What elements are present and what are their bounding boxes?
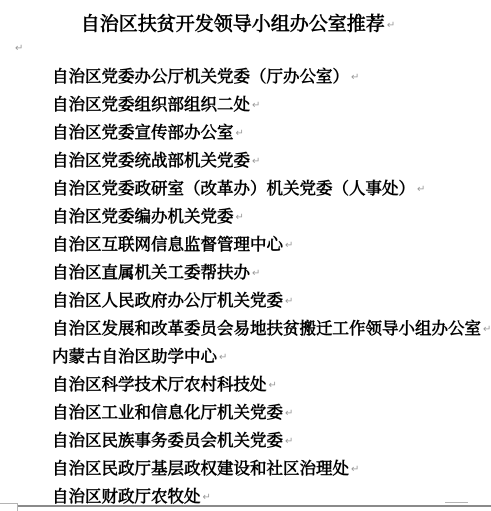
list-item[interactable]: 自治区党委组织部组织二处↵: [52, 91, 491, 119]
paragraph-mark-icon: ↵: [252, 100, 260, 111]
list-item-text[interactable]: 自治区党委宣传部办公室: [52, 124, 234, 142]
paragraph-mark-icon: ↵: [236, 212, 244, 223]
empty-paragraph[interactable]: ↵: [0, 36, 491, 61]
paragraph-mark-icon: ↵: [483, 324, 491, 335]
paragraph-mark-icon: ↵: [252, 156, 260, 167]
list-item[interactable]: 自治区人民政府办公厅机关党委↵: [52, 287, 491, 315]
list-item-text[interactable]: 自治区直属机关工委帮扶办: [52, 264, 250, 282]
paragraph-mark-icon: ↵: [203, 492, 211, 503]
page-bottom-dash: [445, 502, 468, 503]
list-item[interactable]: 自治区直属机关工委帮扶办↵: [52, 259, 491, 287]
list-item-text[interactable]: 自治区发展和改革委员会易地扶贫搬迁工作领导小组办公室: [52, 320, 481, 338]
paragraph-mark-icon: ↵: [269, 380, 277, 391]
list-item-text[interactable]: 自治区党委统战部机关党委: [52, 152, 250, 170]
list-item-text[interactable]: 自治区党委办公厅机关党委（厅办公室）: [52, 68, 349, 86]
paragraph-mark-icon: ↵: [219, 352, 227, 363]
list-item[interactable]: 自治区党委政研室（改革办）机关党委（人事处）↵: [52, 175, 491, 203]
document-body: 自治区党委办公厅机关党委（厅办公室）↵自治区党委组织部组织二处↵自治区党委宣传部…: [0, 61, 491, 511]
document-title-line[interactable]: 自治区扶贫开发领导小组办公室推荐↵: [0, 0, 491, 36]
list-item[interactable]: 自治区发展和改革委员会易地扶贫搬迁工作领导小组办公室↵: [52, 315, 491, 343]
list-item-text[interactable]: 自治区人民政府办公厅机关党委: [52, 292, 283, 310]
list-item[interactable]: 自治区党委宣传部办公室↵: [52, 119, 491, 147]
paragraph-mark-icon: ↵: [285, 408, 293, 419]
list-item-text[interactable]: 自治区财政厅农牧处: [52, 488, 201, 506]
paragraph-mark-icon: ↵: [236, 128, 244, 139]
list-item-text[interactable]: 自治区党委组织部组织二处: [52, 96, 250, 114]
list-item[interactable]: 自治区民族事务委员会机关党委↵: [52, 427, 491, 455]
list-item[interactable]: 自治区工业和信息化厅机关党委↵: [52, 399, 491, 427]
paragraph-mark-icon: ↵: [387, 20, 395, 31]
document-title[interactable]: 自治区扶贫开发领导小组办公室推荐: [81, 14, 385, 35]
paragraph-mark-icon: ↵: [417, 184, 425, 195]
paragraph-mark-icon: ↵: [252, 268, 260, 279]
list-item-text[interactable]: 内蒙古自治区助学中心: [52, 348, 217, 366]
list-item[interactable]: 自治区党委编办机关党委↵: [52, 203, 491, 231]
page-bottom-edge: [0, 505, 491, 507]
list-item-text[interactable]: 自治区民族事务委员会机关党委: [52, 432, 283, 450]
list-item[interactable]: 自治区民政厅基层政权建设和社区治理处↵: [52, 455, 491, 483]
document-page: 自治区扶贫开发领导小组办公室推荐↵ ↵ 自治区党委办公厅机关党委（厅办公室）↵自…: [0, 0, 491, 511]
paragraph-mark-icon: ↵: [351, 72, 359, 83]
list-item-text[interactable]: 自治区党委编办机关党委: [52, 208, 234, 226]
list-item[interactable]: 自治区科学技术厅农村科技处↵: [52, 371, 491, 399]
list-item[interactable]: 自治区党委统战部机关党委↵: [52, 147, 491, 175]
list-item[interactable]: 内蒙古自治区助学中心↵: [52, 343, 491, 371]
list-item-text[interactable]: 自治区党委政研室（改革办）机关党委（人事处）: [52, 180, 415, 198]
paragraph-mark-icon: ↵: [285, 436, 293, 447]
list-item[interactable]: 自治区党委办公厅机关党委（厅办公室）↵: [52, 63, 491, 91]
list-item-text[interactable]: 自治区互联网信息监督管理中心: [52, 236, 283, 254]
list-item[interactable]: 自治区互联网信息监督管理中心↵: [52, 231, 491, 259]
paragraph-mark-icon: ↵: [285, 240, 293, 251]
list-item-text[interactable]: 自治区工业和信息化厅机关党委: [52, 404, 283, 422]
paragraph-mark-icon: ↵: [15, 43, 23, 54]
paragraph-mark-icon: ↵: [351, 464, 359, 475]
table-corner-mark: [0, 503, 18, 511]
list-item-text[interactable]: 自治区民政厅基层政权建设和社区治理处: [52, 460, 349, 478]
list-item-text[interactable]: 自治区科学技术厅农村科技处: [52, 376, 267, 394]
paragraph-mark-icon: ↵: [285, 296, 293, 307]
